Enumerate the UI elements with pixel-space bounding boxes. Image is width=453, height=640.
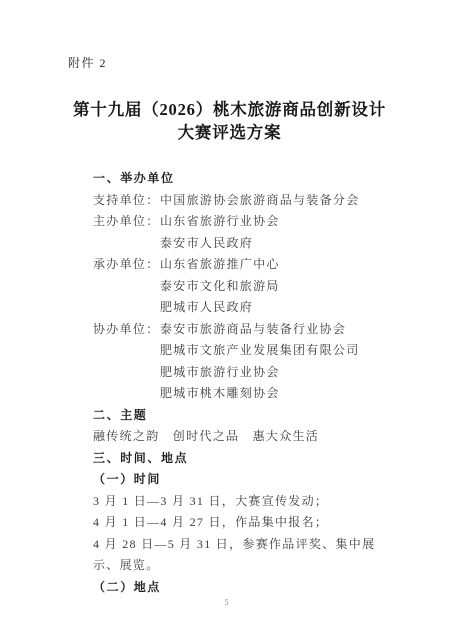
subheading-time: （一）时间 xyxy=(66,469,393,491)
document-body: 一、举办单位 支持单位： 中国旅游协会旅游商品与装备分会 主办单位： 山东省旅游… xyxy=(66,168,393,598)
subheading-location: （二）地点 xyxy=(66,577,393,599)
organizer-line: 山东省旅游推广中心 xyxy=(160,254,393,276)
organizer-entry-label: 承办单位： xyxy=(93,254,160,276)
organizer-line: 肥城市人民政府 xyxy=(160,297,393,319)
schedule-line-2: 4 月 1 日—4 月 27 日，作品集中报名； xyxy=(66,512,393,534)
organizer-entry-lines: 中国旅游协会旅游商品与装备分会 xyxy=(160,190,393,212)
organizer-entry-lines: 山东省旅游推广中心 泰安市文化和旅游局 肥城市人民政府 xyxy=(160,254,393,319)
document-title: 第十九届（2026）桃木旅游商品创新设计 大赛评选方案 xyxy=(66,98,393,144)
organizer-entry-support: 支持单位： 中国旅游协会旅游商品与装备分会 xyxy=(66,190,393,212)
organizer-line: 肥城市文旅产业发展集团有限公司 xyxy=(160,340,393,362)
schedule-line-1: 3 月 1 日—3 月 31 日，大赛宣传发动； xyxy=(66,491,393,513)
section-heading-organizers: 一、举办单位 xyxy=(66,168,393,190)
organizer-entry-coorganizer: 协办单位： 泰安市旅游商品与装备行业协会 肥城市文旅产业发展集团有限公司 肥城市… xyxy=(66,319,393,405)
theme-slogan: 融传统之韵 创时代之品 惠大众生活 xyxy=(66,426,393,448)
organizer-entry-host: 主办单位： 山东省旅游行业协会 泰安市人民政府 xyxy=(66,211,393,254)
organizer-line: 泰安市旅游商品与装备行业协会 xyxy=(160,319,393,341)
organizer-entry-undertaker: 承办单位： 山东省旅游推广中心 泰安市文化和旅游局 肥城市人民政府 xyxy=(66,254,393,319)
organizer-line: 肥城市桃木雕刻协会 xyxy=(160,383,393,405)
organizer-entry-lines: 山东省旅游行业协会 泰安市人民政府 xyxy=(160,211,393,254)
organizer-entry-label: 主办单位： xyxy=(93,211,160,233)
organizer-line: 中国旅游协会旅游商品与装备分会 xyxy=(160,190,393,212)
schedule-line-3: 4 月 28 日—5 月 31 日，参赛作品评奖、集中展示、展览。 xyxy=(66,534,393,577)
title-line-2: 大赛评选方案 xyxy=(66,121,393,144)
page-footer: 5 xyxy=(0,598,453,607)
title-line-1: 第十九届（2026）桃木旅游商品创新设计 xyxy=(66,98,393,121)
attachment-label: 附件 2 xyxy=(68,55,393,71)
document-page: 附件 2 第十九届（2026）桃木旅游商品创新设计 大赛评选方案 一、举办单位 … xyxy=(0,0,453,640)
section-heading-time-location: 三、时间、地点 xyxy=(66,448,393,470)
organizer-line: 泰安市人民政府 xyxy=(160,233,393,255)
organizer-entry-label: 协办单位： xyxy=(93,319,160,341)
section-heading-theme: 二、主题 xyxy=(66,405,393,427)
page-number: 5 xyxy=(225,598,229,607)
organizer-line: 山东省旅游行业协会 xyxy=(160,211,393,233)
organizer-entry-label: 支持单位： xyxy=(93,190,160,212)
organizer-line: 肥城市旅游行业协会 xyxy=(160,362,393,384)
organizer-line: 泰安市文化和旅游局 xyxy=(160,276,393,298)
organizer-entry-lines: 泰安市旅游商品与装备行业协会 肥城市文旅产业发展集团有限公司 肥城市旅游行业协会… xyxy=(160,319,393,405)
